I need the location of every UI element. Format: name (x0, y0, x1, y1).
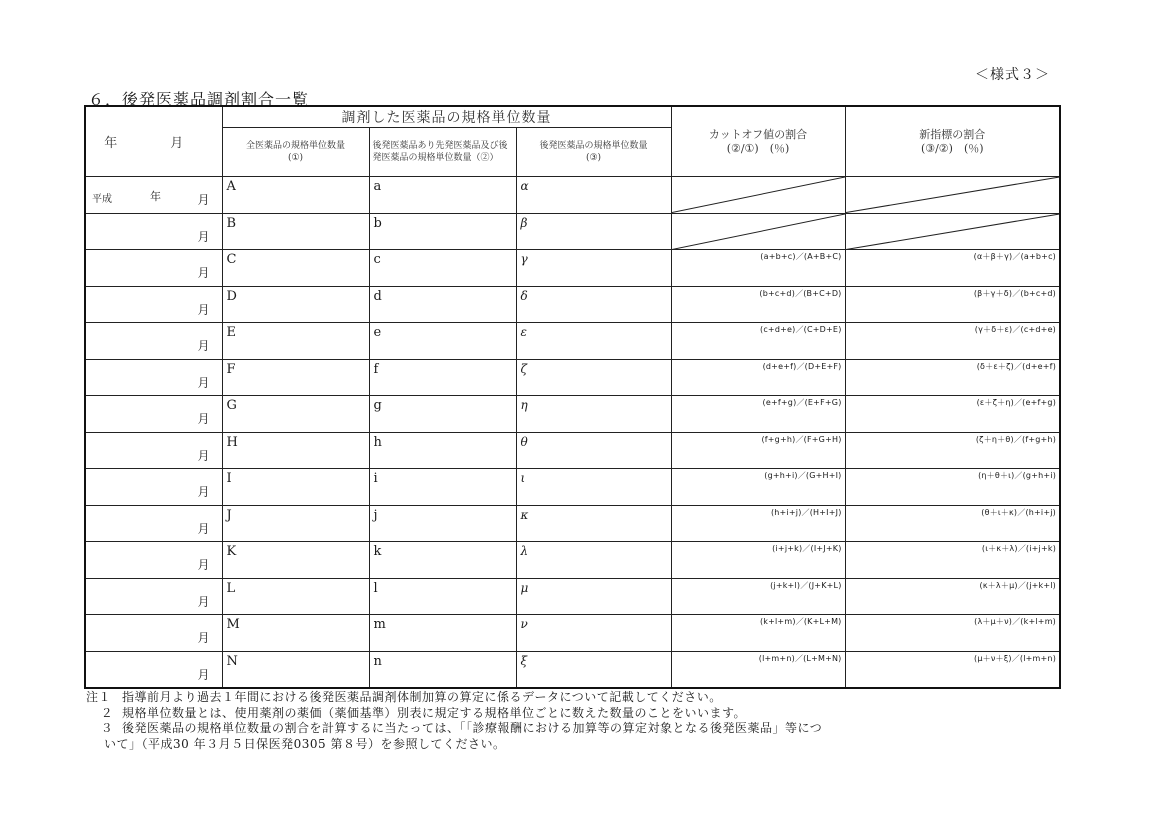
year-month-cell[interactable]: 月 (85, 651, 222, 688)
year-month-cell[interactable]: 月 (85, 396, 222, 433)
header-generic-quantity: 後発医薬品の規格単位数量 (③) (516, 128, 671, 177)
generic-quantity-cell[interactable]: ζ (516, 359, 671, 396)
cell-value: ξ (517, 652, 671, 668)
month-label: 月 (197, 629, 209, 646)
ratio-formula: (l+m+n)／(L+M+N) (672, 652, 845, 664)
cell-value: K (223, 542, 369, 559)
ratio-formula: (η＋θ＋ι)／(g+h+i) (846, 469, 1060, 481)
month-label: 月 (197, 264, 209, 281)
header-group-quantity: 調剤した医薬品の規格単位数量 (222, 106, 671, 128)
table-row: 平成年月Aaα (85, 177, 1060, 214)
year-month-cell[interactable]: 月 (85, 250, 222, 287)
ratio-formula: (δ＋ε＋ζ)／(d+e+f) (846, 360, 1060, 372)
ratio-formula: (b+c+d)／(B+C+D) (672, 287, 845, 299)
generic-quantity-cell[interactable]: β (516, 213, 671, 250)
cutoff-ratio-cell[interactable]: (f+g+h)／(F+G+H) (671, 432, 845, 469)
ratio-formula: (μ＋ν＋ξ)／(l+m+n) (846, 652, 1060, 664)
month-label: 月 (197, 228, 209, 245)
all-drugs-quantity-cell[interactable]: K (222, 542, 369, 579)
all-drugs-quantity-cell[interactable]: B (222, 213, 369, 250)
brand-generic-quantity-cell[interactable]: a (369, 177, 516, 214)
month-label: 月 (197, 447, 209, 464)
new-index-ratio-cell[interactable] (845, 213, 1060, 250)
cell-value: β (517, 214, 671, 230)
new-index-ratio-cell[interactable]: (α＋β＋γ)／(a+b+c) (845, 250, 1060, 287)
ratio-formula: (θ＋ι＋κ)／(h+i+j) (846, 506, 1060, 518)
header-brand-and-generic-quantity: 後発医薬品あり先発医薬品及び後発医薬品の規格単位数量（②） (369, 128, 516, 177)
generic-quantity-cell[interactable]: α (516, 177, 671, 214)
table-row: 月Mmν(k+l+m)／(K+L+M)(λ＋μ＋ν)／(k+l+m) (85, 615, 1060, 652)
year-month-cell[interactable]: 月 (85, 286, 222, 323)
cell-value: D (223, 287, 369, 304)
cell-value: λ (517, 542, 671, 558)
cell-value: l (370, 579, 516, 596)
cell-value: k (370, 542, 516, 559)
all-drugs-quantity-cell[interactable]: M (222, 615, 369, 652)
brand-generic-quantity-cell[interactable]: h (369, 432, 516, 469)
all-drugs-quantity-cell[interactable]: F (222, 359, 369, 396)
cell-value: ζ (517, 360, 671, 376)
strike-diagonal (672, 177, 845, 213)
cutoff-ratio-cell[interactable]: (e+f+g)／(E+F+G) (671, 396, 845, 433)
brand-generic-quantity-cell[interactable]: g (369, 396, 516, 433)
year-month-cell[interactable]: 月 (85, 469, 222, 506)
table-row: 月Hhθ(f+g+h)／(F+G+H)(ζ＋η＋θ)／(f+g+h) (85, 432, 1060, 469)
ratio-formula: (i+j+k)／(I+J+K) (672, 542, 845, 554)
era-label: 平成 (92, 190, 112, 205)
year-month-cell[interactable]: 月 (85, 578, 222, 615)
ratio-formula: (j+k+l)／(J+K+L) (672, 579, 845, 591)
month-label: 月 (197, 593, 209, 610)
new-index-ratio-cell[interactable]: (β＋γ＋δ)／(b+c+d) (845, 286, 1060, 323)
year-month-cell[interactable]: 月 (85, 432, 222, 469)
cutoff-ratio-cell[interactable]: (c+d+e)／(C+D+E) (671, 323, 845, 360)
new-index-ratio-cell[interactable]: (γ＋δ＋ε)／(c+d+e) (845, 323, 1060, 360)
form-number-label: ＜様式３＞ (975, 64, 1050, 84)
generic-quantity-cell[interactable]: θ (516, 432, 671, 469)
cell-value: θ (517, 433, 671, 449)
table-row: 月Jjκ(h+i+j)／(H+I+J)(θ＋ι＋κ)／(h+i+j) (85, 505, 1060, 542)
note-2: ２規格単位数量とは、使用薬剤の薬価（薬価基準）別表に規定する規格単位ごとに数えた… (86, 706, 822, 722)
generic-dispensing-ratio-table: 年 月 調剤した医薬品の規格単位数量 カットオフ値の割合 (②/①) (％) 新… (84, 105, 1059, 686)
cell-value: μ (517, 579, 671, 595)
all-drugs-quantity-cell[interactable]: N (222, 651, 369, 688)
new-index-ratio-cell[interactable]: (ε＋ζ＋η)／(e+f+g) (845, 396, 1060, 433)
cell-value: I (223, 469, 369, 486)
table-row: 月Nnξ(l+m+n)／(L+M+N)(μ＋ν＋ξ)／(l+m+n) (85, 651, 1060, 688)
ratio-formula: (ε＋ζ＋η)／(e+f+g) (846, 396, 1060, 408)
cell-value: h (370, 433, 516, 450)
ratio-formula: (c+d+e)／(C+D+E) (672, 323, 845, 335)
note-1: 注１指導前月より過去１年間における後発医薬品調剤体制加算の算定に係るデータについ… (86, 690, 822, 706)
new-index-ratio-cell[interactable]: (κ＋λ＋μ)／(j+k+l) (845, 578, 1060, 615)
all-drugs-quantity-cell[interactable]: J (222, 505, 369, 542)
cell-value: c (370, 250, 516, 267)
cell-value: n (370, 652, 516, 669)
new-index-ratio-cell[interactable] (845, 177, 1060, 214)
note-3-continued: いて」（平成30 年３月５日保医発0305 第８号）を参照してください。 (86, 737, 822, 753)
all-drugs-quantity-cell[interactable]: E (222, 323, 369, 360)
cutoff-ratio-cell[interactable]: (l+m+n)／(L+M+N) (671, 651, 845, 688)
year-label: 年 (150, 188, 161, 204)
cell-value: C (223, 250, 369, 267)
cell-value: m (370, 615, 516, 632)
cell-value: δ (517, 287, 671, 303)
table-row: 月Bbβ (85, 213, 1060, 250)
cell-value: L (223, 579, 369, 596)
generic-quantity-cell[interactable]: γ (516, 250, 671, 287)
new-index-ratio-cell[interactable]: (ζ＋η＋θ)／(f+g+h) (845, 432, 1060, 469)
new-index-ratio-cell[interactable]: (ι＋κ＋λ)／(i+j+k) (845, 542, 1060, 579)
ratio-formula: (k+l+m)／(K+L+M) (672, 615, 845, 627)
all-drugs-quantity-cell[interactable]: G (222, 396, 369, 433)
generic-quantity-cell[interactable]: ξ (516, 651, 671, 688)
generic-quantity-cell[interactable]: ι (516, 469, 671, 506)
all-drugs-quantity-cell[interactable]: H (222, 432, 369, 469)
ratio-formula: (h+i+j)／(H+I+J) (672, 506, 845, 518)
table-row: 月Ccγ(a+b+c)／(A+B+C)(α＋β＋γ)／(a+b+c) (85, 250, 1060, 287)
cell-value: N (223, 652, 369, 669)
all-drugs-quantity-cell[interactable]: I (222, 469, 369, 506)
month-label: 月 (197, 556, 209, 573)
cell-value: f (370, 360, 516, 377)
table-row: 月Ffζ(d+e+f)／(D+E+F)(δ＋ε＋ζ)／(d+e+f) (85, 359, 1060, 396)
cell-value: J (223, 506, 369, 523)
brand-generic-quantity-cell[interactable]: i (369, 469, 516, 506)
year-month-cell[interactable]: 月 (85, 359, 222, 396)
cell-value: E (223, 323, 369, 340)
generic-quantity-cell[interactable]: μ (516, 578, 671, 615)
generic-quantity-cell[interactable]: ε (516, 323, 671, 360)
brand-generic-quantity-cell[interactable]: c (369, 250, 516, 287)
new-index-ratio-cell[interactable]: (η＋θ＋ι)／(g+h+i) (845, 469, 1060, 506)
cutoff-ratio-cell[interactable]: (g+h+i)／(G+H+I) (671, 469, 845, 506)
ratio-formula: (a+b+c)／(A+B+C) (672, 250, 845, 262)
all-drugs-quantity-cell[interactable]: C (222, 250, 369, 287)
cutoff-ratio-cell[interactable]: (b+c+d)／(B+C+D) (671, 286, 845, 323)
ratio-formula: (κ＋λ＋μ)／(j+k+l) (846, 579, 1060, 591)
cell-value: a (370, 177, 516, 194)
brand-generic-quantity-cell[interactable]: e (369, 323, 516, 360)
ratio-formula: (d+e+f)／(D+E+F) (672, 360, 845, 372)
note-3: ３後発医薬品の規格単位数量の割合を計算するに当たっては、「「診療報酬における加算… (86, 721, 822, 737)
brand-generic-quantity-cell[interactable]: j (369, 505, 516, 542)
month-label: 月 (197, 666, 209, 683)
cell-value: e (370, 323, 516, 340)
month-label: 月 (197, 337, 209, 354)
cell-value: ν (517, 615, 671, 631)
cell-value: κ (517, 506, 671, 522)
generic-quantity-cell[interactable]: κ (516, 505, 671, 542)
month-label: 月 (197, 191, 209, 208)
strike-diagonal (846, 214, 1060, 250)
all-drugs-quantity-cell[interactable]: A (222, 177, 369, 214)
cell-value: H (223, 433, 369, 450)
ratio-formula: (γ＋δ＋ε)／(c+d+e) (846, 323, 1060, 335)
table-row: 月Iiι(g+h+i)／(G+H+I)(η＋θ＋ι)／(g+h+i) (85, 469, 1060, 506)
header-new-index-ratio: 新指標の割合 (③/②) (％) (845, 106, 1060, 177)
cutoff-ratio-cell[interactable] (671, 213, 845, 250)
brand-generic-quantity-cell[interactable]: b (369, 213, 516, 250)
cutoff-ratio-cell[interactable]: (d+e+f)／(D+E+F) (671, 359, 845, 396)
ratio-formula: (ι＋κ＋λ)／(i+j+k) (846, 542, 1060, 554)
cell-value: γ (517, 250, 671, 266)
year-month-cell[interactable]: 平成年月 (85, 177, 222, 214)
ratio-formula: (λ＋μ＋ν)／(k+l+m) (846, 615, 1060, 627)
month-label: 月 (197, 483, 209, 500)
year-month-cell[interactable]: 月 (85, 615, 222, 652)
ratio-formula: (e+f+g)／(E+F+G) (672, 396, 845, 408)
cell-value: g (370, 396, 516, 413)
generic-quantity-cell[interactable]: δ (516, 286, 671, 323)
all-drugs-quantity-cell[interactable]: L (222, 578, 369, 615)
cell-value: ε (517, 323, 671, 339)
cutoff-ratio-cell[interactable]: (k+l+m)／(K+L+M) (671, 615, 845, 652)
year-month-cell[interactable]: 月 (85, 323, 222, 360)
cutoff-ratio-cell[interactable]: (a+b+c)／(A+B+C) (671, 250, 845, 287)
ratio-formula: (β＋γ＋δ)／(b+c+d) (846, 287, 1060, 299)
year-month-cell[interactable]: 月 (85, 542, 222, 579)
ratio-formula: (f+g+h)／(F+G+H) (672, 433, 845, 445)
ratio-formula: (α＋β＋γ)／(a+b+c) (846, 250, 1060, 262)
brand-generic-quantity-cell[interactable]: f (369, 359, 516, 396)
table-row: 月Kkλ(i+j+k)／(I+J+K)(ι＋κ＋λ)／(i+j+k) (85, 542, 1060, 579)
year-month-cell[interactable]: 月 (85, 213, 222, 250)
month-label: 月 (197, 410, 209, 427)
cell-value: d (370, 287, 516, 304)
cutoff-ratio-cell[interactable]: (i+j+k)／(I+J+K) (671, 542, 845, 579)
cell-value: B (223, 214, 369, 231)
strike-diagonal (846, 177, 1060, 213)
strike-diagonal (672, 214, 845, 250)
brand-generic-quantity-cell[interactable]: k (369, 542, 516, 579)
cell-value: A (223, 177, 369, 194)
table-row: 月Llμ(j+k+l)／(J+K+L)(κ＋λ＋μ)／(j+k+l) (85, 578, 1060, 615)
cutoff-ratio-cell[interactable]: (j+k+l)／(J+K+L) (671, 578, 845, 615)
brand-generic-quantity-cell[interactable]: m (369, 615, 516, 652)
generic-quantity-cell[interactable]: η (516, 396, 671, 433)
new-index-ratio-cell[interactable]: (λ＋μ＋ν)／(k+l+m) (845, 615, 1060, 652)
generic-quantity-cell[interactable]: ν (516, 615, 671, 652)
brand-generic-quantity-cell[interactable]: d (369, 286, 516, 323)
cell-value: η (517, 396, 671, 412)
all-drugs-quantity-cell[interactable]: D (222, 286, 369, 323)
cell-value: b (370, 214, 516, 231)
cell-value: j (370, 506, 516, 523)
month-label: 月 (197, 520, 209, 537)
cell-value: i (370, 469, 516, 486)
cell-value: G (223, 396, 369, 413)
notes-section: 注１指導前月より過去１年間における後発医薬品調剤体制加算の算定に係るデータについ… (86, 690, 822, 752)
header-all-drugs-quantity: 全医薬品の規格単位数量 (①) (222, 128, 369, 177)
table-row: 月Ggη(e+f+g)／(E+F+G)(ε＋ζ＋η)／(e+f+g) (85, 396, 1060, 433)
cutoff-ratio-cell[interactable] (671, 177, 845, 214)
table-row: 月Eeε(c+d+e)／(C+D+E)(γ＋δ＋ε)／(c+d+e) (85, 323, 1060, 360)
brand-generic-quantity-cell[interactable]: n (369, 651, 516, 688)
ratio-formula: (g+h+i)／(G+H+I) (672, 469, 845, 481)
brand-generic-quantity-cell[interactable]: l (369, 578, 516, 615)
new-index-ratio-cell[interactable]: (μ＋ν＋ξ)／(l+m+n) (845, 651, 1060, 688)
cutoff-ratio-cell[interactable]: (h+i+j)／(H+I+J) (671, 505, 845, 542)
cell-value: F (223, 360, 369, 377)
new-index-ratio-cell[interactable]: (δ＋ε＋ζ)／(d+e+f) (845, 359, 1060, 396)
header-year-month: 年 月 (85, 106, 222, 177)
month-label: 月 (197, 374, 209, 391)
cell-value: M (223, 615, 369, 632)
cell-value: α (517, 177, 671, 193)
cell-value: ι (517, 469, 671, 485)
header-cutoff-ratio: カットオフ値の割合 (②/①) (％) (671, 106, 845, 177)
new-index-ratio-cell[interactable]: (θ＋ι＋κ)／(h+i+j) (845, 505, 1060, 542)
table-row: 月Ddδ(b+c+d)／(B+C+D)(β＋γ＋δ)／(b+c+d) (85, 286, 1060, 323)
year-month-cell[interactable]: 月 (85, 505, 222, 542)
month-label: 月 (197, 301, 209, 318)
ratio-formula: (ζ＋η＋θ)／(f+g+h) (846, 433, 1060, 445)
generic-quantity-cell[interactable]: λ (516, 542, 671, 579)
